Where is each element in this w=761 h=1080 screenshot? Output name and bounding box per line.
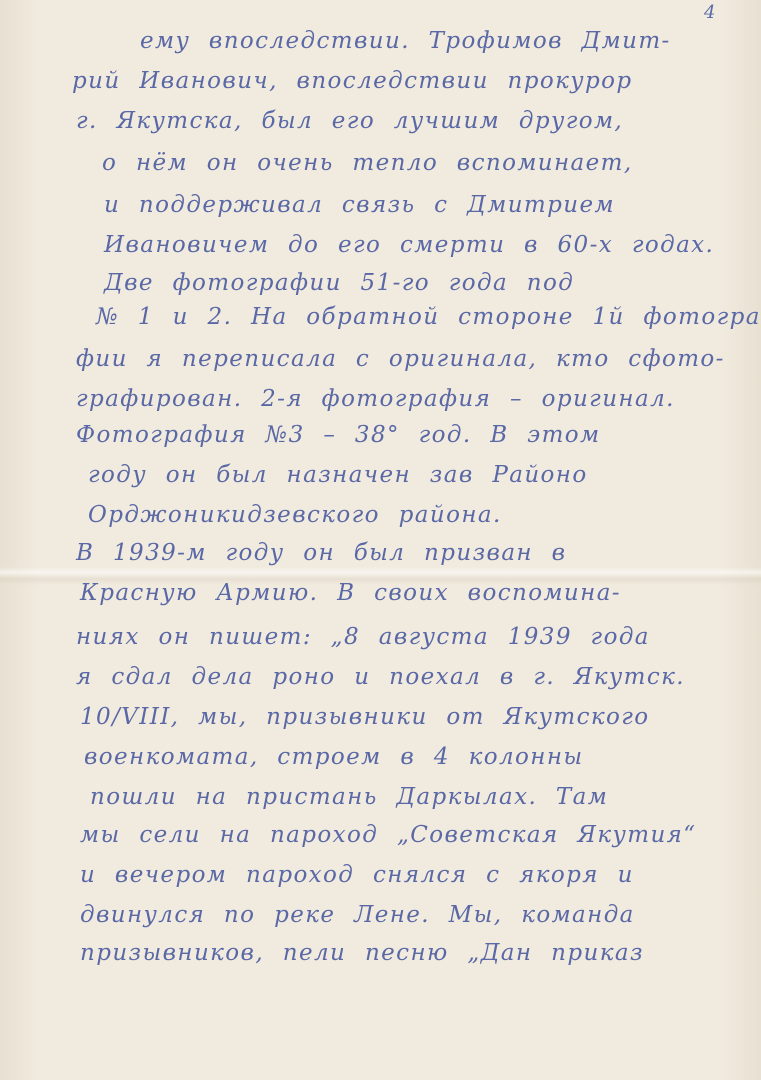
text-line: графирован. 2-я фотография – оригинал. (76, 386, 675, 412)
letter-page: 4 ему впоследствии. Трофимов Дмит- рий И… (0, 0, 761, 1080)
text-line: о нём он очень тепло вспоминает, (102, 150, 633, 176)
text-line: военкомата, строем в 4 колонны (84, 744, 584, 770)
text-line: я сдал дела роно и поехал в г. Якутск. (76, 664, 685, 690)
text-line: Фотография №3 – 38° год. В этом (76, 422, 601, 448)
text-line: Ивановичем до его смерти в 60-х годах. (104, 232, 714, 258)
text-line: № 1 и 2. На обратной стороне 1й фотогра- (96, 304, 761, 330)
text-line: году он был назначен зав Районо (88, 462, 588, 488)
text-line: призывников, пели песню „Дан приказ (80, 940, 644, 966)
text-line: фии я переписала с оригинала, кто сфото- (76, 346, 725, 372)
text-line: и поддерживал связь с Дмитрием (104, 192, 615, 218)
text-line: Две фотографии 51-го года под (104, 270, 574, 296)
text-line: Орджоникидзевского района. (88, 502, 502, 528)
text-line: г. Якутска, был его лучшим другом, (76, 108, 623, 134)
text-line: ниях он пишет: „8 августа 1939 года (76, 624, 650, 650)
text-line: пошли на пристань Даркылах. Там (90, 784, 608, 810)
text-line: 10/VIII, мы, призывники от Якутского (80, 704, 650, 730)
page-number: 4 (704, 2, 715, 23)
text-line: Красную Армию. В своих воспомина- (80, 580, 621, 606)
text-line: рий Иванович, впоследствии прокурор (72, 68, 632, 94)
text-line: и вечером пароход снялся с якоря и (80, 862, 634, 888)
text-line: В 1939-м году он был призван в (76, 540, 566, 566)
text-line: ему впоследствии. Трофимов Дмит- (140, 28, 671, 54)
text-line: мы сели на пароход „Советская Якутия“ (80, 822, 696, 848)
text-line: двинулся по реке Лене. Мы, команда (80, 902, 635, 928)
